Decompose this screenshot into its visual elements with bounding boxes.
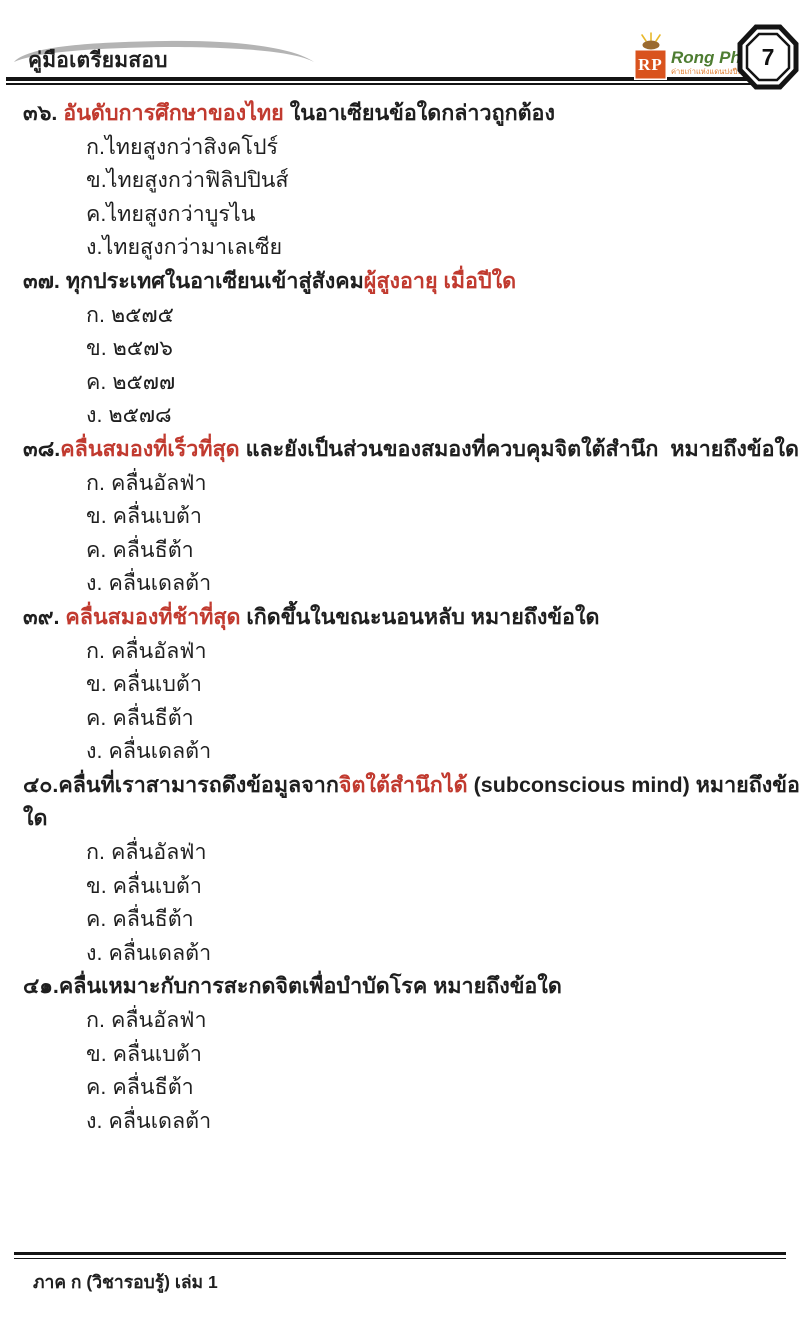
question-keyword-highlight: จิตใต้สำนึกได้ bbox=[339, 773, 468, 797]
answer-option: ข. คลื่นเบต้า bbox=[86, 668, 800, 702]
question-item: ๓๙. คลื่นสมองที่ช้าที่สุด เกิดขึ้นในขณะน… bbox=[23, 601, 800, 769]
options-list: ก. คลื่นอัลฟ่าข. คลื่นเบต้าค. คลื่นธีต้า… bbox=[86, 635, 800, 769]
question-item: ๔๑.คลื่นเหมาะกับการสะกดจิตเพื่อบำบัดโรค … bbox=[23, 970, 800, 1138]
footer-text: ภาค ก (วิชารอบรู้) เล่ม 1 bbox=[33, 1268, 218, 1296]
answer-option: ง. คลื่นเดลต้า bbox=[86, 567, 800, 601]
answer-option: ง. คลื่นเดลต้า bbox=[86, 937, 800, 971]
answer-option: ค. คลื่นธีต้า bbox=[86, 903, 800, 937]
question-keyword-highlight: อันดับการศึกษาของไทย bbox=[57, 101, 283, 125]
question-list: ๓๖. อันดับการศึกษาของไทย ในอาเซียนข้อใดก… bbox=[0, 97, 800, 1138]
question-number: ๓๖. bbox=[23, 101, 57, 125]
logo-abbr: RP bbox=[638, 55, 663, 75]
question-item: ๓๖. อันดับการศึกษาของไทย ในอาเซียนข้อใดก… bbox=[23, 97, 800, 265]
answer-option: ง.ไทยสูงกว่ามาเลเซีย bbox=[86, 231, 800, 265]
answer-option: ก. คลื่นอัลฟ่า bbox=[86, 836, 800, 870]
answer-option: ค. คลื่นธีต้า bbox=[86, 1071, 800, 1105]
question-text: ๓๙. คลื่นสมองที่ช้าที่สุด เกิดขึ้นในขณะน… bbox=[23, 601, 800, 635]
options-list: ก. ๒๕๗๕ข. ๒๕๗๖ค. ๒๕๗๗ง. ๒๕๗๘ bbox=[86, 299, 800, 433]
answer-option: ง. คลื่นเดลต้า bbox=[86, 1105, 800, 1139]
answer-option: ง. คลื่นเดลต้า bbox=[86, 735, 800, 769]
page-number-badge: 7 bbox=[737, 24, 799, 90]
answer-option: ข. คลื่นเบต้า bbox=[86, 500, 800, 534]
answer-option: ก. คลื่นอัลฟ่า bbox=[86, 467, 800, 501]
question-text-segment: และยังเป็นส่วนของสมองที่ควบคุมจิตใต้สำนึ… bbox=[240, 437, 799, 461]
options-list: ก. คลื่นอัลฟ่าข. คลื่นเบต้าค. คลื่นธีต้า… bbox=[86, 467, 800, 601]
question-text: ๔๑.คลื่นเหมาะกับการสะกดจิตเพื่อบำบัดโรค … bbox=[23, 970, 800, 1004]
question-keyword-highlight: คลื่นสมองที่เร็วที่สุด bbox=[60, 437, 239, 461]
answer-option: ก.ไทยสูงกว่าสิงคโปร์ bbox=[86, 131, 800, 165]
footer-divider bbox=[14, 1252, 786, 1259]
question-number: ๓๙. bbox=[23, 605, 59, 629]
page-title: คู่มือเตรียมสอบ bbox=[28, 44, 168, 77]
question-text: ๓๘.คลื่นสมองที่เร็วที่สุด และยังเป็นส่วน… bbox=[23, 433, 800, 467]
question-text-segment: ในอาเซียนข้อใดกล่าวถูกต้อง bbox=[284, 101, 555, 125]
answer-option: ค. คลื่นธีต้า bbox=[86, 534, 800, 568]
answer-option: ก. คลื่นอัลฟ่า bbox=[86, 635, 800, 669]
answer-option: ข.ไทยสูงกว่าฟิลิปปินส์ bbox=[86, 164, 800, 198]
question-text-segment: คลื่นเหมาะกับการสะกดจิตเพื่อบำบัดโรค หมา… bbox=[59, 974, 562, 998]
answer-option: ข. คลื่นเบต้า bbox=[86, 1038, 800, 1072]
question-keyword-highlight: คลื่นสมองที่ช้าที่สุด bbox=[59, 605, 240, 629]
question-text-segment: คลื่นที่เราสามารถดึงข้อมูลจาก bbox=[58, 773, 339, 797]
answer-option: ค. คลื่นธีต้า bbox=[86, 702, 800, 736]
answer-option: ค.ไทยสูงกว่าบูรไน bbox=[86, 198, 800, 232]
question-text: ๔๐.คลื่นที่เราสามารถดึงข้อมูลจากจิตใต้สำ… bbox=[23, 769, 800, 836]
question-item: ๔๐.คลื่นที่เราสามารถดึงข้อมูลจากจิตใต้สำ… bbox=[23, 769, 800, 971]
options-list: ก. คลื่นอัลฟ่าข. คลื่นเบต้าค. คลื่นธีต้า… bbox=[86, 836, 800, 970]
answer-option: ข. คลื่นเบต้า bbox=[86, 870, 800, 904]
question-item: ๓๘.คลื่นสมองที่เร็วที่สุด และยังเป็นส่วน… bbox=[23, 433, 800, 601]
question-text-segment: ทุกประเทศในอาเซียนเข้าสู่สังคม bbox=[60, 269, 364, 293]
question-number: ๓๘. bbox=[23, 437, 60, 461]
question-text-segment: เกิดขึ้นในขณะนอนหลับ หมายถึงข้อใด bbox=[240, 605, 599, 629]
options-list: ก. คลื่นอัลฟ่าข. คลื่นเบต้าค. คลื่นธีต้า… bbox=[86, 1004, 800, 1138]
question-number: ๓๗. bbox=[23, 269, 60, 293]
question-text: ๓๖. อันดับการศึกษาของไทย ในอาเซียนข้อใดก… bbox=[23, 97, 800, 131]
rongphai-logo-icon: RP bbox=[634, 49, 667, 80]
question-keyword-highlight: ผู้สูงอายุ เมื่อปีใด bbox=[364, 269, 516, 293]
question-number: ๔๐. bbox=[23, 773, 58, 797]
answer-option: ก. คลื่นอัลฟ่า bbox=[86, 1004, 800, 1038]
sparkle-icon bbox=[637, 32, 665, 50]
question-text: ๓๗. ทุกประเทศในอาเซียนเข้าสู่สังคมผู้สูง… bbox=[23, 265, 800, 299]
question-item: ๓๗. ทุกประเทศในอาเซียนเข้าสู่สังคมผู้สูง… bbox=[23, 265, 800, 433]
answer-option: ง. ๒๕๗๘ bbox=[86, 399, 800, 433]
question-number: ๔๑. bbox=[23, 974, 59, 998]
options-list: ก.ไทยสูงกว่าสิงคโปร์ข.ไทยสูงกว่าฟิลิปปิน… bbox=[86, 131, 800, 265]
answer-option: ค. ๒๕๗๗ bbox=[86, 366, 800, 400]
page-number: 7 bbox=[737, 24, 799, 90]
answer-option: ข. ๒๕๗๖ bbox=[86, 332, 800, 366]
answer-option: ก. ๒๕๗๕ bbox=[86, 299, 800, 333]
